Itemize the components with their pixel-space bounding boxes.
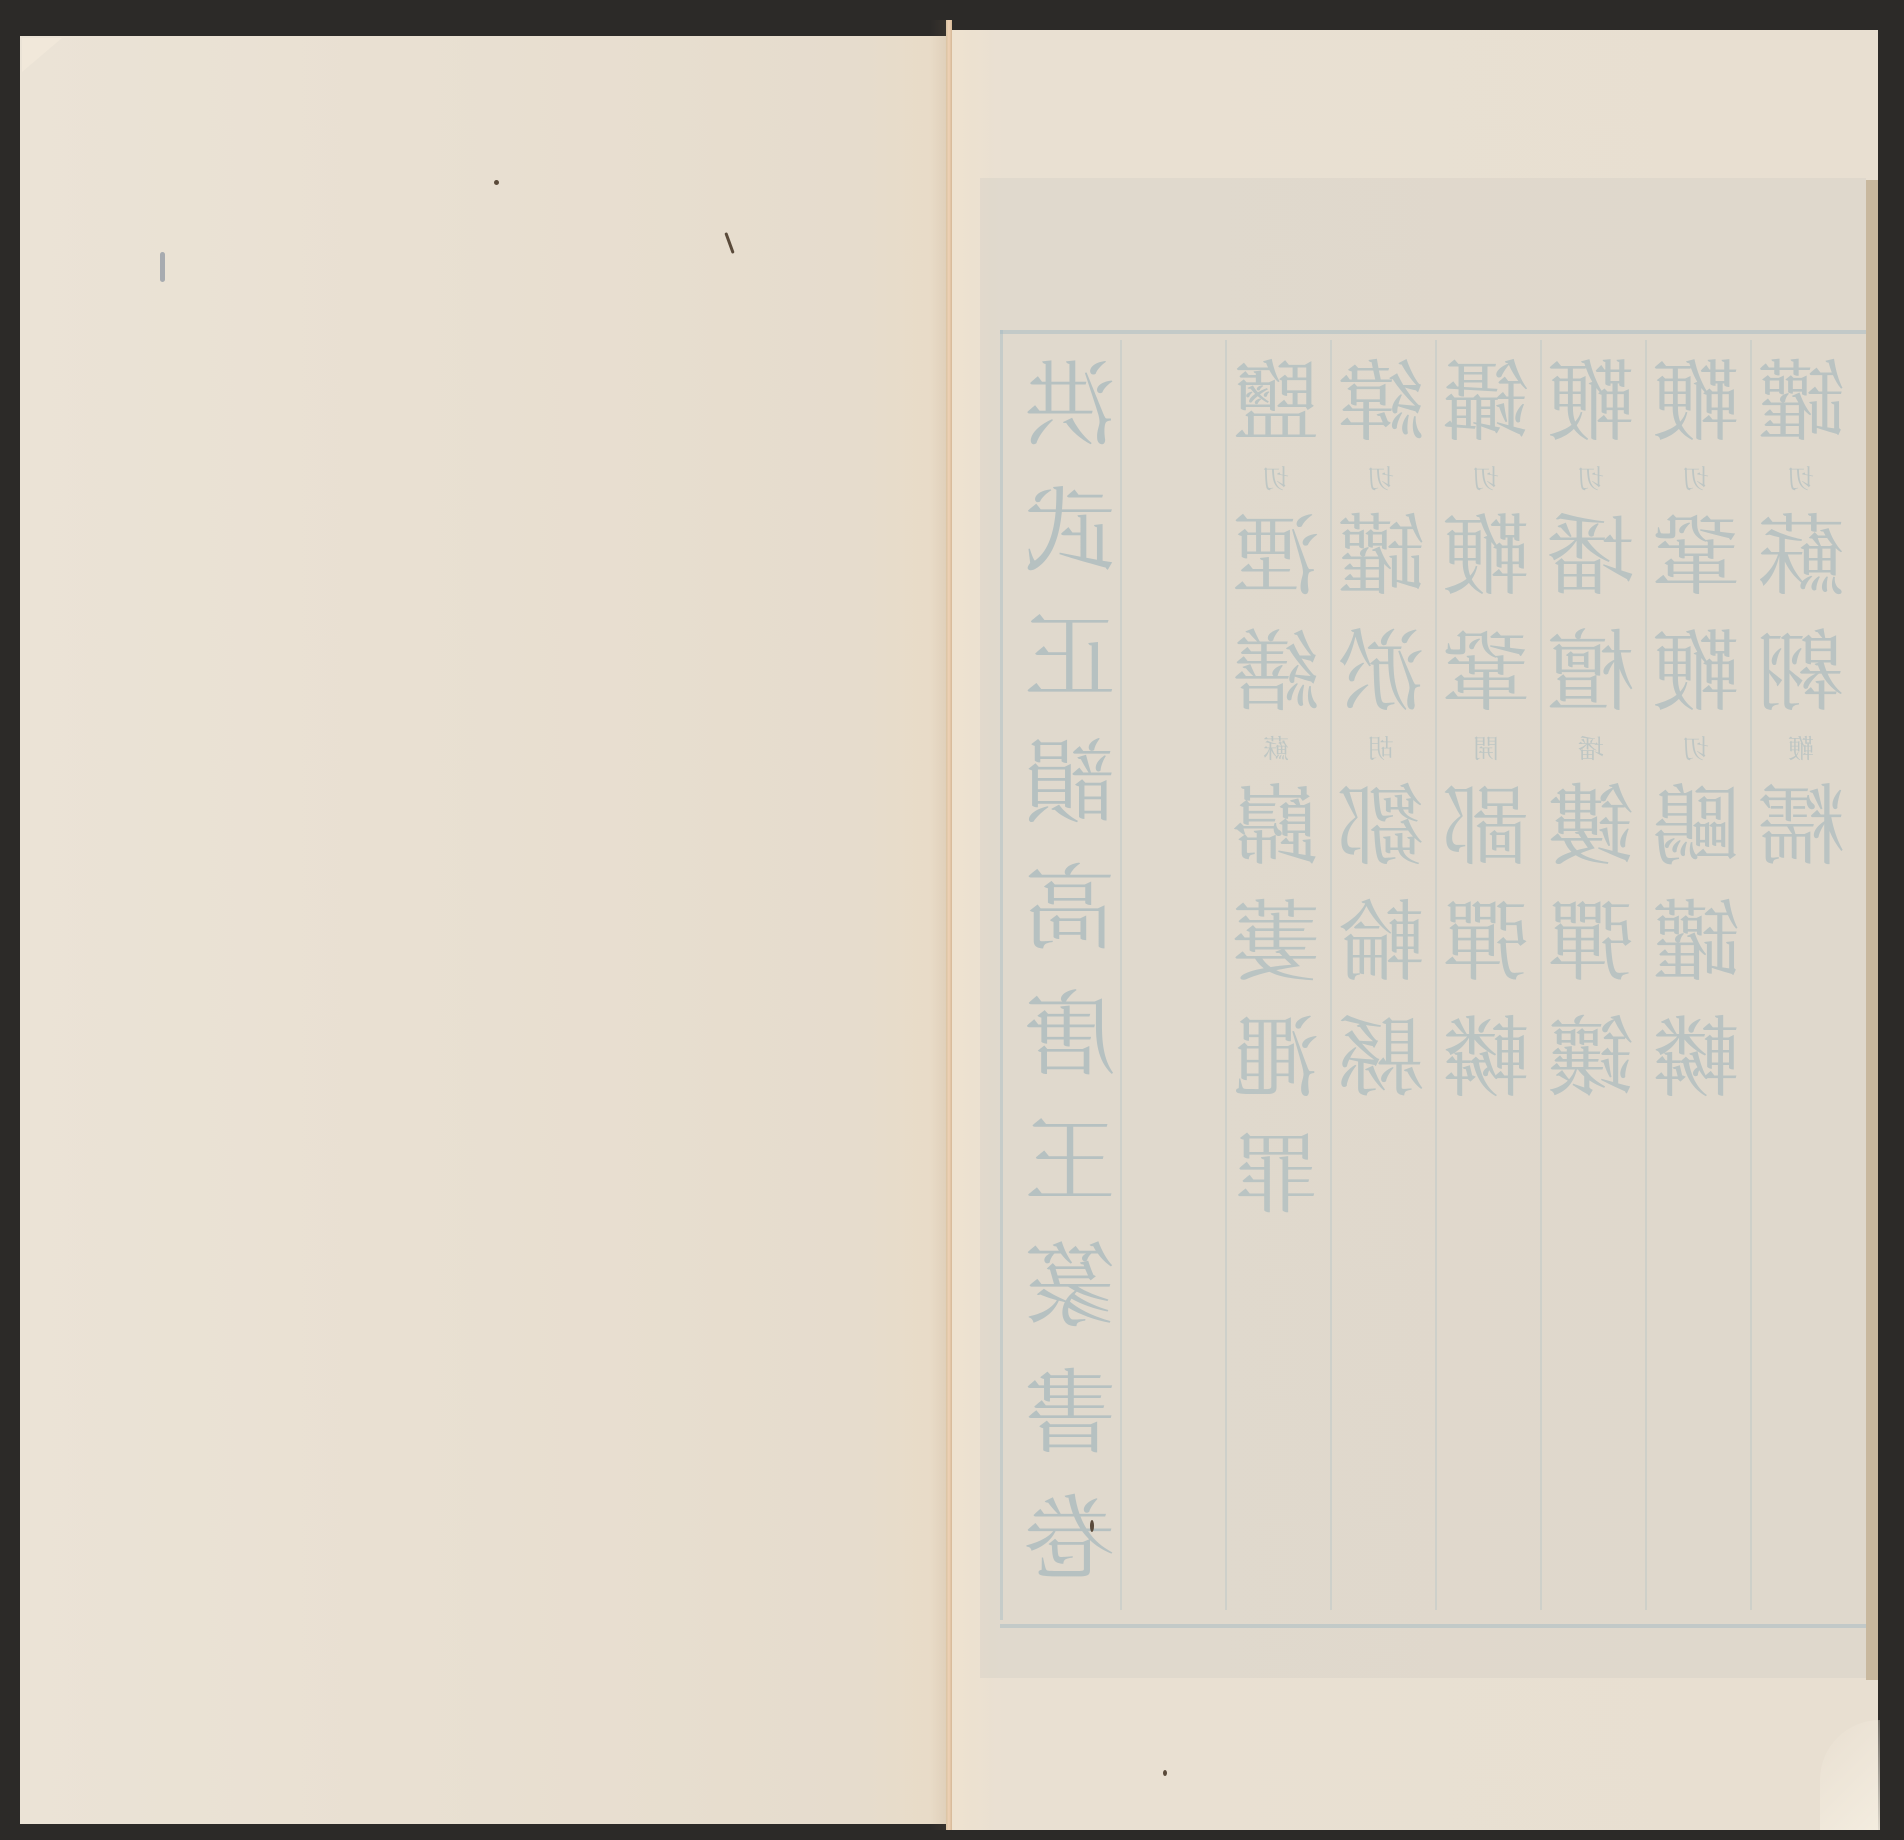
seal-char: 糯 [1757,774,1845,880]
seal-char: 巋 [1232,774,1320,880]
note-char: 切 [1473,466,1499,494]
title-char: 唐 [1024,980,1116,1092]
seal-char: 蘇 [1757,504,1845,610]
note-char: 切 [1683,466,1709,494]
seal-char: 墦 [1547,504,1635,610]
seal-char: 湮 [1232,504,1320,610]
column-rule [1330,340,1332,1610]
seal-char: 萋 [1232,890,1320,996]
seal-char: 鑲 [1547,1006,1635,1112]
seal-char: 鞏 [1442,620,1530,726]
note-char: 切 [1683,736,1709,764]
show-through-column: 鹽 切 湮 繕 蘇 巋 萋 澠 罪 [1230,350,1322,1228]
show-through-column: 鑷 切 鞭 鞏 開 鄙 彈 轔 [1440,350,1532,1112]
column-rule [1645,340,1647,1610]
seal-char: 彈 [1442,890,1530,996]
seal-char: 縣 [1337,1006,1425,1112]
seal-char: 繕 [1232,620,1320,726]
seal-char: 鄒 [1337,774,1425,880]
seal-char: 彈 [1547,890,1635,996]
seal-char: 鄙 [1442,774,1530,880]
show-through-column: 鞭 切 墦 檀 墦 鏤 彈 鑲 [1545,350,1637,1112]
ink-spot [160,252,165,282]
show-through-column: 鞭 切 鞏 鞭 切 鷗 罐 轔 [1650,350,1742,1112]
note-char: 切 [1578,466,1604,494]
seal-char: 鹽 [1232,350,1320,456]
seal-char: 鞏 [1652,504,1740,610]
show-through-title: 洪 武 正 韻 高 唐 王 篆 書 卷 [1020,350,1120,1596]
show-through-column: 罐 切 蘇 翱 鞭 糯 [1755,350,1847,880]
column-rule [1435,340,1437,1610]
column-rule [1120,340,1122,1610]
left-page [20,36,948,1824]
column-rule [1540,340,1542,1610]
column-rule [1750,340,1752,1610]
seal-char: 罐 [1337,504,1425,610]
note-char: 墦 [1578,736,1604,764]
seal-char: 罪 [1232,1122,1320,1228]
paper-speck [1163,1770,1167,1776]
seal-char: 鞭 [1547,350,1635,456]
show-through-frame-left [1000,330,1003,1620]
right-page-edge [1866,180,1878,1680]
title-char: 韻 [1024,728,1116,840]
book-gutter [946,20,952,1830]
title-char: 武 [1024,476,1116,588]
paper-speck [1090,1520,1094,1532]
seal-char: 鞭 [1442,504,1530,610]
seal-char: 鞭 [1652,620,1740,726]
seal-char: 轔 [1652,1006,1740,1112]
title-char: 王 [1024,1106,1116,1218]
note-char: 鞭 [1788,736,1814,764]
note-char: 切 [1788,466,1814,494]
note-char: 開 [1473,736,1499,764]
seal-char: 翱 [1757,620,1845,726]
seal-char: 罐 [1757,350,1845,456]
seal-char: 罐 [1652,890,1740,996]
seal-char: 鞭 [1652,350,1740,456]
title-char: 正 [1024,602,1116,714]
title-char: 篆 [1024,1232,1116,1344]
seal-char: 鏤 [1547,774,1635,880]
note-char: 蘇 [1263,736,1289,764]
seal-char: 轔 [1442,1006,1530,1112]
seal-char: 鷗 [1652,774,1740,880]
title-char: 洪 [1024,350,1116,462]
show-through-column: 緯 切 罐 淤 胡 鄒 輪 縣 [1335,350,1427,1112]
note-char: 胡 [1368,736,1394,764]
seal-char: 淤 [1337,620,1425,726]
note-char: 切 [1263,466,1289,494]
title-char: 卷 [1024,1484,1116,1596]
paper-speck [494,180,499,185]
title-char: 高 [1024,854,1116,966]
title-char: 書 [1024,1358,1116,1470]
seal-char: 鑷 [1442,350,1530,456]
seal-char: 緯 [1337,350,1425,456]
note-char: 切 [1368,466,1394,494]
column-rule [1225,340,1227,1610]
seal-char: 澠 [1232,1006,1320,1112]
seal-char: 檀 [1547,620,1635,726]
seal-char: 輪 [1337,890,1425,996]
